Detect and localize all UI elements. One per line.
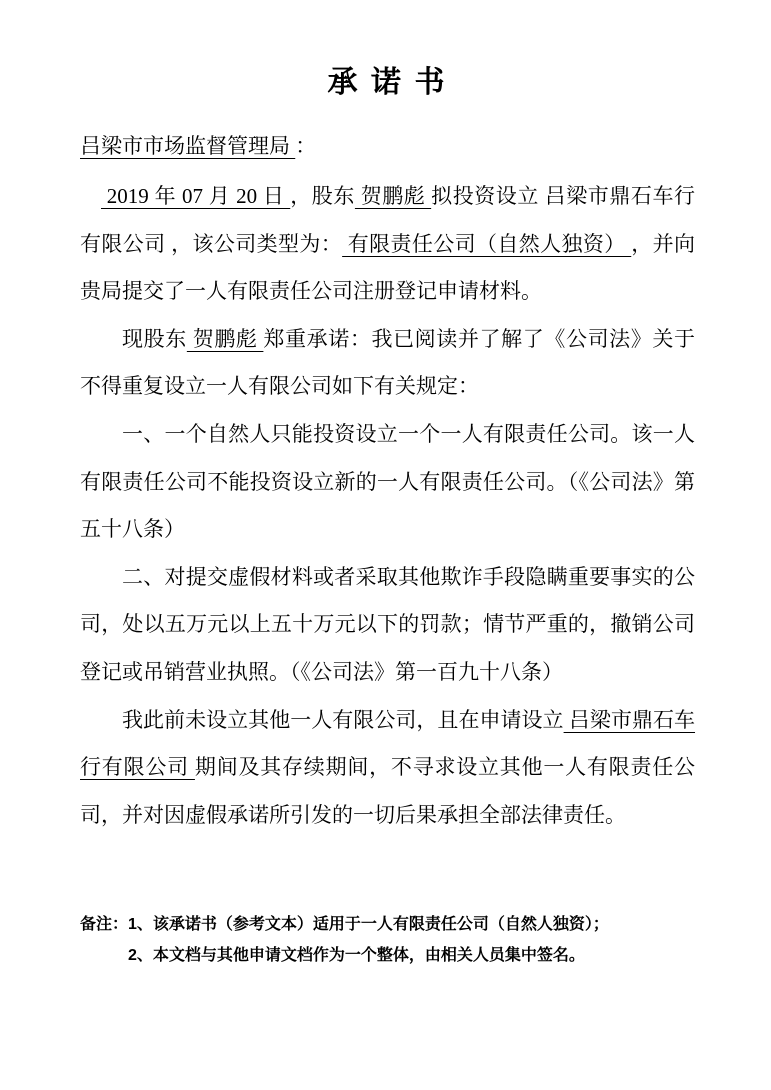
- notes-section: 备注： 1、该承诺书（参考文本）适用于一人有限责任公司（自然人独资）； 2、本文…: [80, 909, 695, 971]
- text-run: 二、对提交虚假材料或者采取其他欺诈手段隐瞒重要事实的公司，处以五万元以上五十万元…: [80, 565, 695, 684]
- document-page: 承 诺 书 吕梁市市场监督管理局 ： 2019 年 07 月 20 日 ，股东 …: [0, 0, 771, 1090]
- document-content: 承 诺 书 吕梁市市场监督管理局 ： 2019 年 07 月 20 日 ，股东 …: [0, 64, 771, 971]
- document-body: 2019 年 07 月 20 日 ，股东 贺鹏彪 拟投资设立 吕梁市鼎石车行有限…: [80, 173, 695, 839]
- paragraph-promise: 我此前未设立其他一人有限公司，且在申请设立 吕梁市鼎石车行有限公司 期间及其存续…: [80, 697, 695, 840]
- paragraph-declaration: 2019 年 07 月 20 日 ，股东 贺鹏彪 拟投资设立 吕梁市鼎石车行有限…: [80, 173, 695, 316]
- note-item-2: 2、本文档与其他申请文档作为一个整体，由相关人员集中签名。: [128, 940, 695, 971]
- text-run: ，股东: [290, 184, 355, 208]
- text-run: ：: [295, 134, 316, 158]
- document-title: 承 诺 书: [80, 64, 695, 102]
- salutation-line: 吕梁市市场监督管理局 ：: [80, 131, 695, 161]
- filled-blank: 2019 年 07 月 20 日: [101, 184, 290, 208]
- filled-blank: 吕梁市市场监督管理局: [80, 134, 295, 158]
- text-run: 我此前未设立其他一人有限公司，且在申请设立: [122, 708, 564, 732]
- text-run: 一、一个自然人只能投资设立一个一人有限责任公司。该一人有限责任公司不能投资设立新…: [80, 422, 695, 541]
- filled-blank: 有限责任公司（自然人独资）: [342, 232, 631, 256]
- paragraph-rule-2: 二、对提交虚假材料或者采取其他欺诈手段隐瞒重要事实的公司，处以五万元以上五十万元…: [80, 554, 695, 697]
- paragraph-rule-1: 一、一个自然人只能投资设立一个一人有限责任公司。该一人有限责任公司不能投资设立新…: [80, 411, 695, 554]
- notes-items: 1、该承诺书（参考文本）适用于一人有限责任公司（自然人独资）； 2、本文档与其他…: [128, 909, 695, 971]
- filled-blank: 贺鹏彪: [355, 184, 431, 208]
- paragraph-commitment-intro: 现股东 贺鹏彪 郑重承诺：我已阅读并了解了《公司法》关于不得重复设立一人有限公司…: [80, 316, 695, 411]
- filled-blank: 贺鹏彪: [187, 327, 264, 351]
- text-run: 现股东: [122, 327, 187, 351]
- note-item-1: 1、该承诺书（参考文本）适用于一人有限责任公司（自然人独资）；: [128, 909, 695, 940]
- notes-label: 备注：: [80, 909, 128, 971]
